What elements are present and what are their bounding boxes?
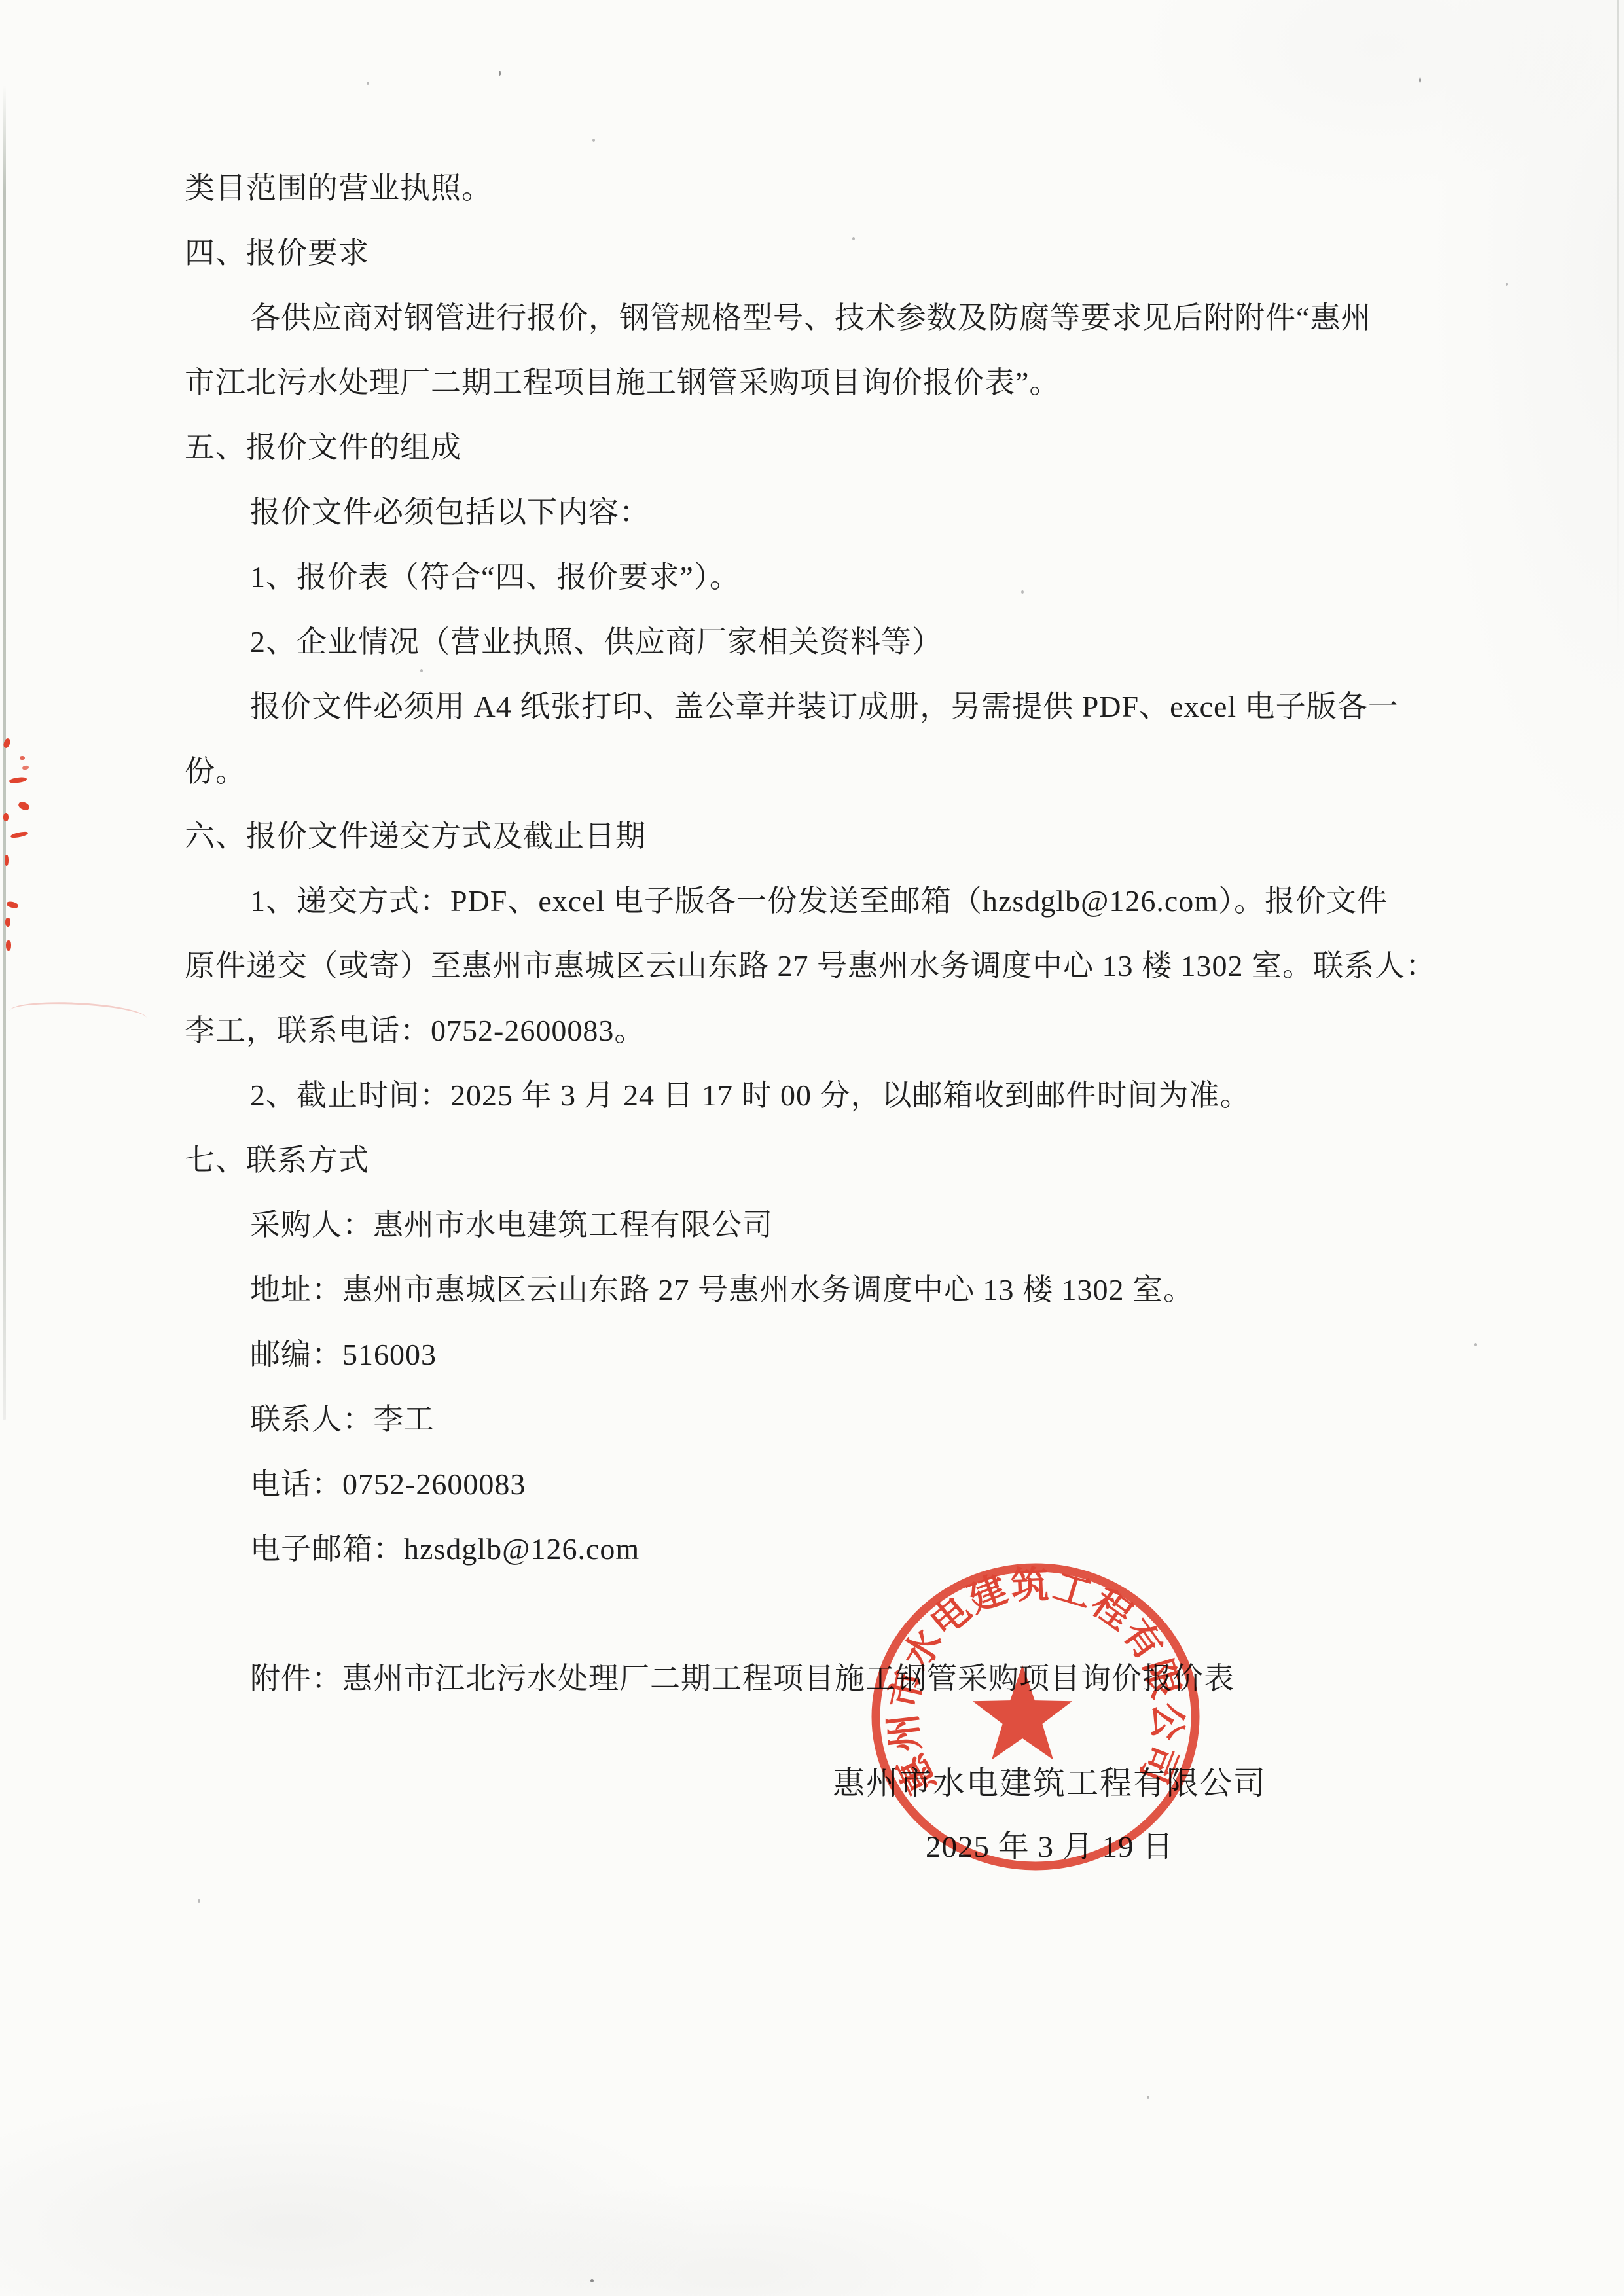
- contact-person-line: 联系人：李工: [185, 1387, 1494, 1452]
- scan-speck: [1419, 77, 1421, 83]
- scan-speck: [590, 2279, 594, 2282]
- scan-edge-left: [3, 85, 6, 1420]
- section-5-heading: 五、报价文件的组成: [185, 415, 1494, 480]
- section-5-note-line-1: 报价文件必须用 A4 纸张打印、盖公章并装订成册，另需提供 PDF、excel …: [185, 674, 1494, 739]
- scan-edge-right: [1617, 0, 1619, 655]
- signature-company: 惠州市水电建筑工程有限公司: [833, 1758, 1267, 1804]
- scan-speck: [592, 139, 595, 142]
- blank-line: [185, 1581, 1494, 1646]
- red-ink-faint-arc: [9, 999, 147, 1031]
- scan-speck: [499, 71, 501, 76]
- scan-speck: [367, 82, 369, 85]
- section-4-para-line-2: 市江北污水处理厂二期工程项目施工钢管采购项目询价报价表”。: [185, 350, 1494, 415]
- signature-date: 2025 年 3 月 19 日: [926, 1822, 1174, 1866]
- section-6-item-1-line-1: 1、递交方式：PDF、excel 电子版各一份发送至邮箱（hzsdglb@126…: [185, 869, 1494, 933]
- scan-speck: [1147, 2096, 1149, 2099]
- section-5-item-1: 1、报价表（符合“四、报价要求”）。: [185, 545, 1494, 609]
- scan-speck: [1506, 283, 1508, 286]
- red-ink-smudge: [20, 756, 25, 760]
- red-ink-smudge: [5, 855, 9, 866]
- section-5-intro-line: 报价文件必须包括以下内容：: [185, 480, 1494, 545]
- section-6-heading: 六、报价文件递交方式及截止日期: [185, 804, 1494, 869]
- document-body: 类目范围的营业执照。 四、报价要求 各供应商对钢管进行报价，钢管规格型号、技术参…: [185, 156, 1494, 1711]
- contact-address-line: 地址：惠州市惠城区云山东路 27 号惠州水务调度中心 13 楼 1302 室。: [185, 1257, 1494, 1322]
- contact-postcode-line: 邮编：516003: [185, 1322, 1494, 1387]
- section-7-heading: 七、联系方式: [185, 1128, 1494, 1193]
- intro-tail-line: 类目范围的营业执照。: [185, 156, 1494, 221]
- attachment-line: 附件：惠州市江北污水处理厂二期工程项目施工钢管采购项目询价报价表: [185, 1646, 1494, 1711]
- section-6-item-1-line-3: 李工，联系电话：0752-2600083。: [185, 998, 1494, 1063]
- section-5-note-line-2: 份。: [185, 739, 1494, 804]
- red-ink-smudge: [17, 800, 30, 812]
- red-ink-smudge: [9, 776, 27, 784]
- section-5-item-2: 2、企业情况（营业执照、供应商厂家相关资料等）: [185, 609, 1494, 674]
- red-ink-smudge: [5, 918, 10, 927]
- contact-purchaser-line: 采购人：惠州市水电建筑工程有限公司: [185, 1193, 1494, 1257]
- contact-email-line: 电子邮箱：hzsdglb@126.com: [185, 1516, 1494, 1581]
- scan-speck: [198, 1899, 200, 1903]
- red-ink-smudge: [10, 831, 29, 838]
- section-4-para-line-1: 各供应商对钢管进行报价，钢管规格型号、技术参数及防腐等要求见后附附件“惠州: [185, 285, 1494, 350]
- section-4-heading: 四、报价要求: [185, 221, 1494, 285]
- red-ink-smudge: [3, 813, 9, 821]
- section-6-item-2: 2、截止时间：2025 年 3 月 24 日 17 时 00 分，以邮箱收到邮件…: [185, 1063, 1494, 1128]
- red-ink-smudge: [22, 765, 29, 770]
- contact-phone-line: 电话：0752-2600083: [185, 1452, 1494, 1516]
- section-6-item-1-line-2: 原件递交（或寄）至惠州市惠城区云山东路 27 号惠州水务调度中心 13 楼 13…: [185, 933, 1494, 998]
- red-ink-smudge: [6, 901, 19, 909]
- red-ink-smudge: [6, 940, 11, 951]
